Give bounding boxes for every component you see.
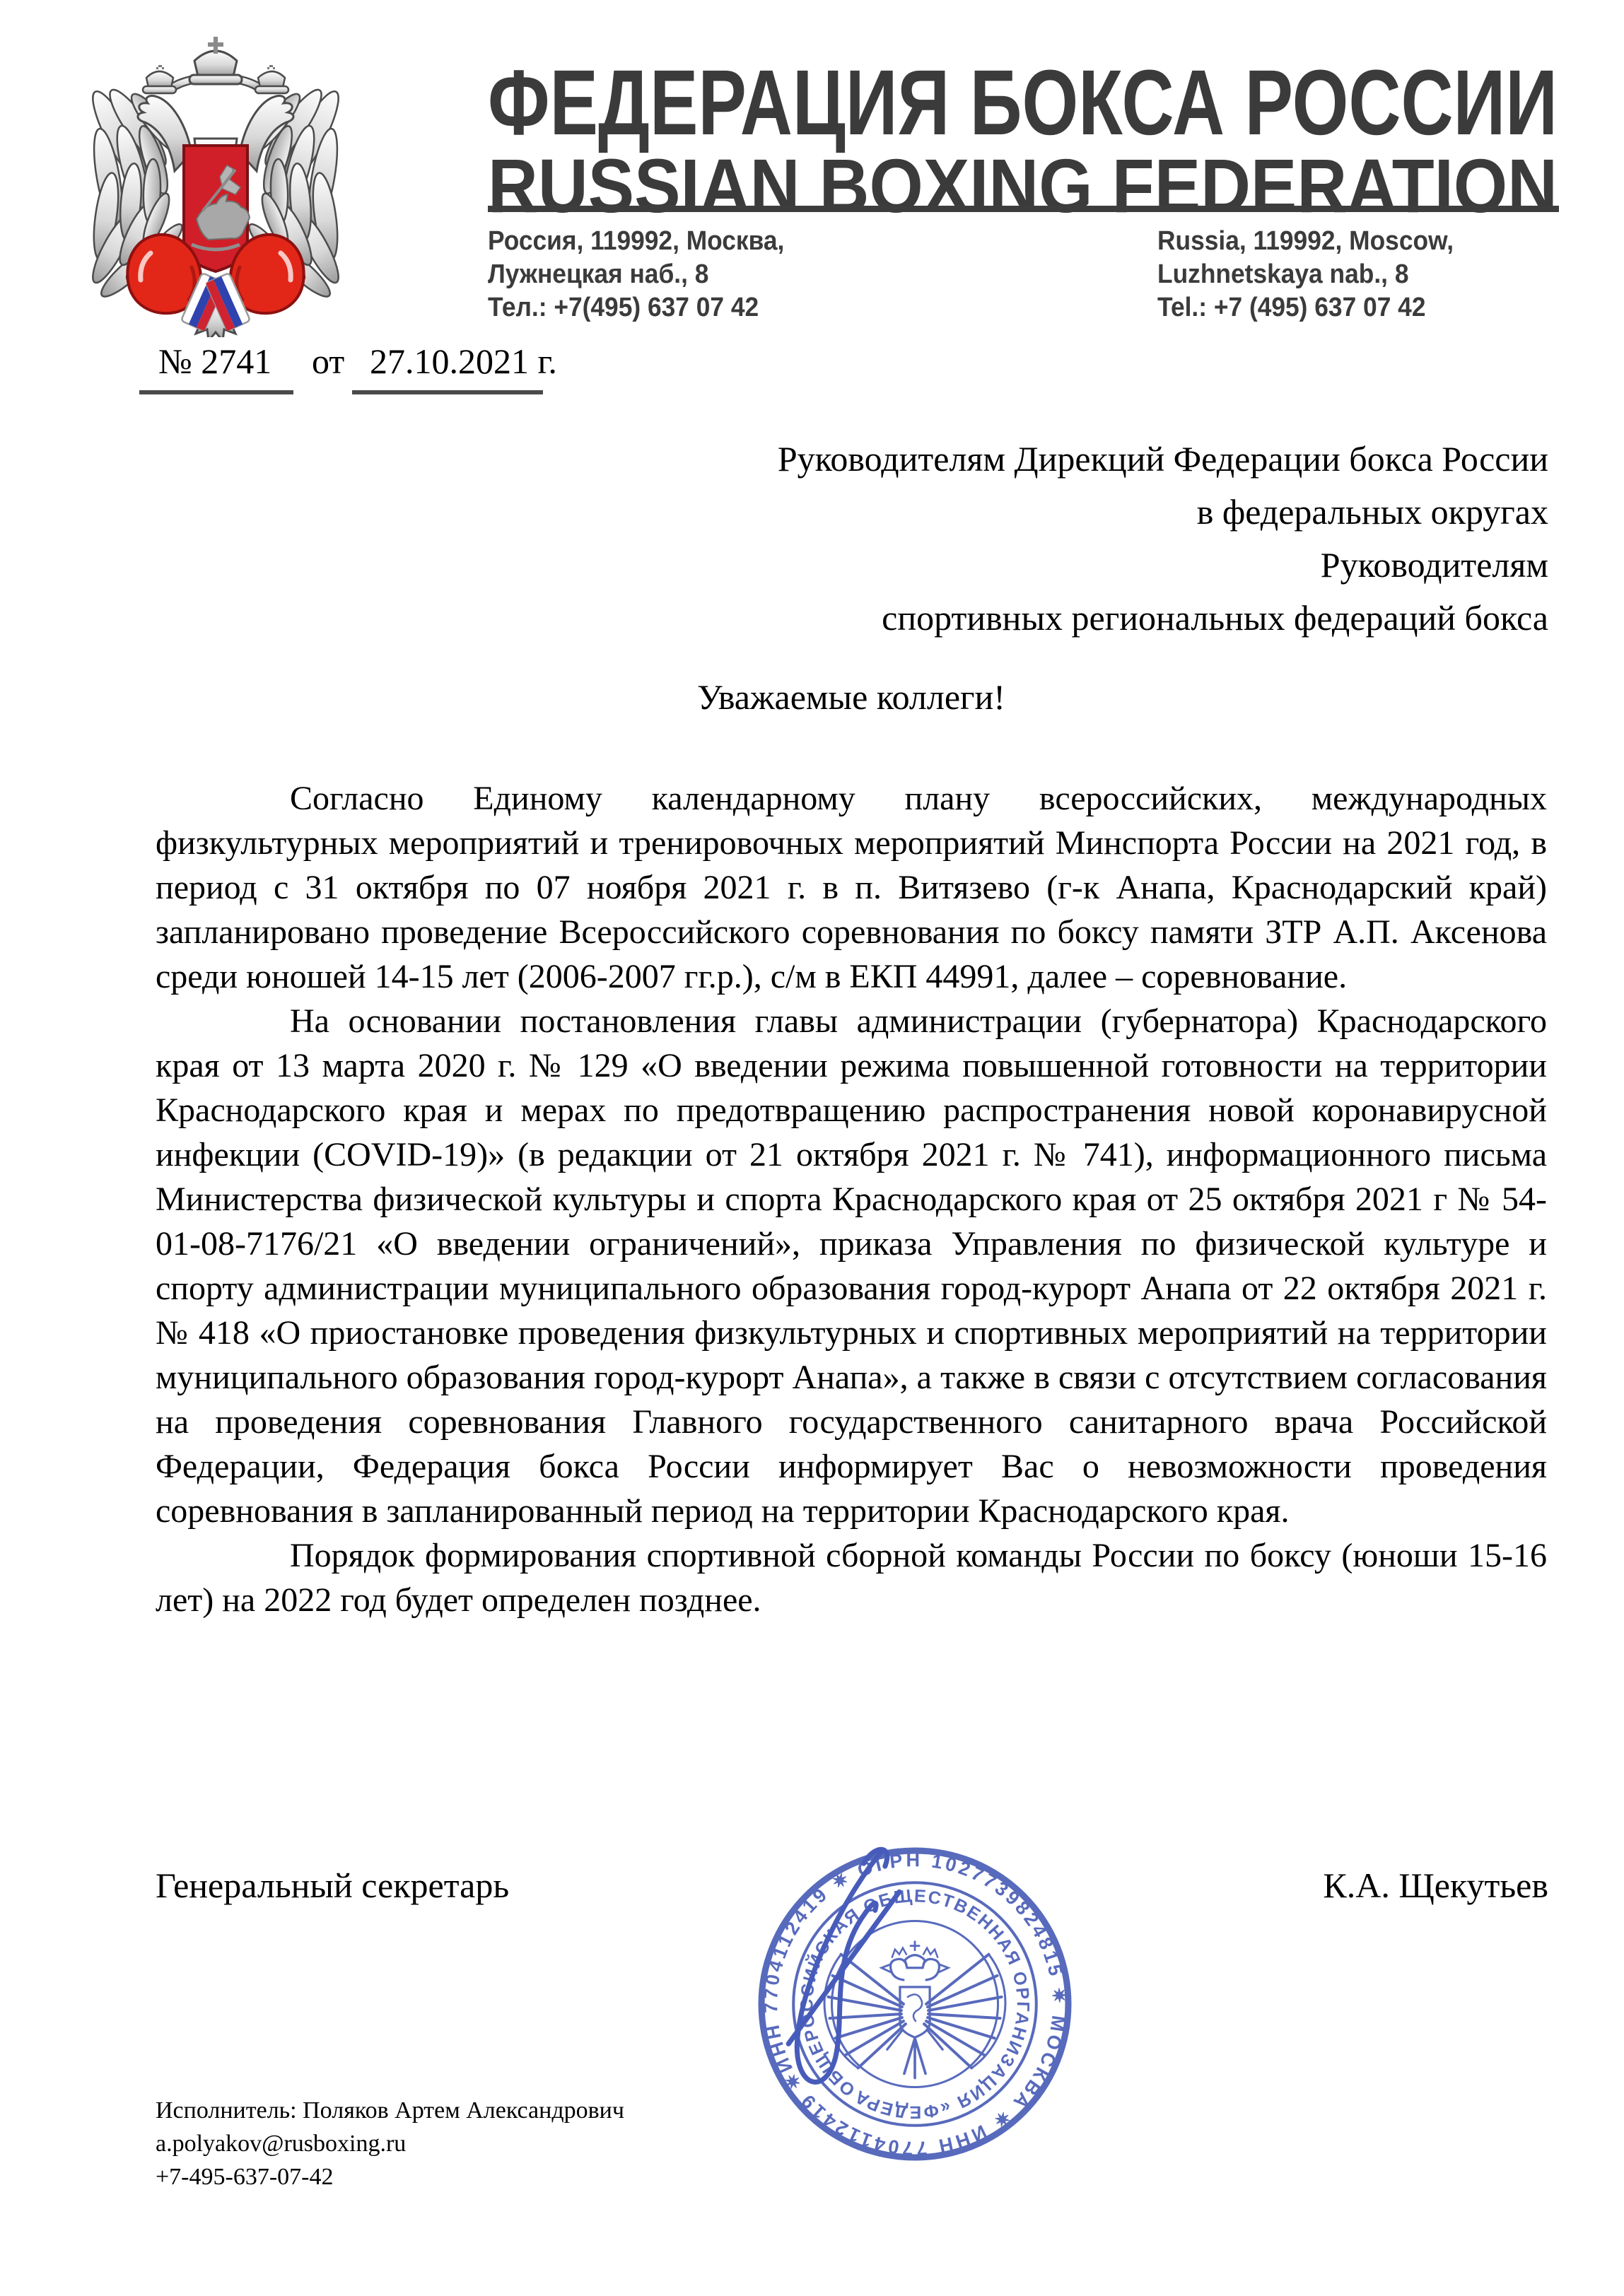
addressee-line: в федеральных округах	[636, 486, 1548, 539]
contact-block-ru: Россия, 119992, Москва, Лужнецкая наб., …	[488, 225, 784, 324]
letter-body: Согласно Единому календарному плану всер…	[156, 776, 1547, 1622]
contact-ru-line: Тел.: +7(495) 637 07 42	[488, 291, 784, 324]
contact-en-line: Russia, 119992, Moscow,	[1157, 225, 1454, 258]
contact-en-line: Tel.: +7 (495) 637 07 42	[1157, 291, 1454, 324]
addressee-line: Руководителям Дирекций Федерации бокса Р…	[636, 433, 1548, 486]
contact-ru-line: Лужнецкая наб., 8	[488, 258, 784, 291]
contact-ru-line: Россия, 119992, Москва,	[488, 225, 784, 258]
stamp-svg: ИНН 7704112419 ✷ ОГРН 1027739824815 ✷ МО…	[757, 1846, 1073, 2162]
date-underline	[352, 390, 543, 394]
reference-line: № 2741 от 27.10.2021 г.	[139, 341, 634, 404]
signer-name: К.А. Щекутьев	[1323, 1865, 1548, 1906]
signer-role: Генеральный секретарь	[156, 1865, 509, 1906]
letter-page: ФЕДЕРАЦИЯ БОКСА РОССИИ RUSSIAN BOXING FE…	[0, 0, 1624, 2296]
letter-date: 27.10.2021 г.	[370, 341, 557, 382]
executor-email: a.polyakov@rusboxing.ru	[156, 2127, 624, 2160]
executor-phone: +7-495-637-07-42	[156, 2160, 624, 2193]
title-russian: ФЕДЕРАЦИЯ БОКСА РОССИИ	[488, 51, 1558, 154]
letterhead-divider	[488, 206, 1559, 212]
reference-preposition: от	[312, 341, 344, 382]
contact-block-en: Russia, 119992, Moscow, Luzhnetskaya nab…	[1157, 225, 1454, 324]
executor-name: Исполнитель: Поляков Артем Александрович	[156, 2094, 624, 2127]
number-underline	[139, 390, 293, 394]
federation-emblem-svg	[53, 32, 378, 337]
contact-en-line: Luzhnetskaya nab., 8	[1157, 258, 1454, 291]
official-stamp-icon: ИНН 7704112419 ✷ ОГРН 1027739824815 ✷ МО…	[757, 1846, 1073, 2162]
body-paragraph: Согласно Единому календарному плану всер…	[156, 776, 1547, 999]
federation-emblem-icon	[53, 32, 378, 337]
salutation: Уважаемые коллеги!	[156, 676, 1547, 717]
body-paragraph: Порядок формирования спортивной сборной …	[156, 1533, 1547, 1622]
addressee-line: Руководителям	[636, 539, 1548, 592]
letter-number: № 2741	[158, 341, 271, 382]
executor-block: Исполнитель: Поляков Артем Александрович…	[156, 2094, 624, 2193]
body-paragraph: На основании постановления главы админис…	[156, 999, 1547, 1533]
addressee-line: спортивных региональных федераций бокса	[636, 592, 1548, 645]
letterhead-title: ФЕДЕРАЦИЯ БОКСА РОССИИ RUSSIAN BOXING FE…	[488, 51, 1559, 217]
addressee-block: Руководителям Дирекций Федерации бокса Р…	[636, 433, 1548, 645]
